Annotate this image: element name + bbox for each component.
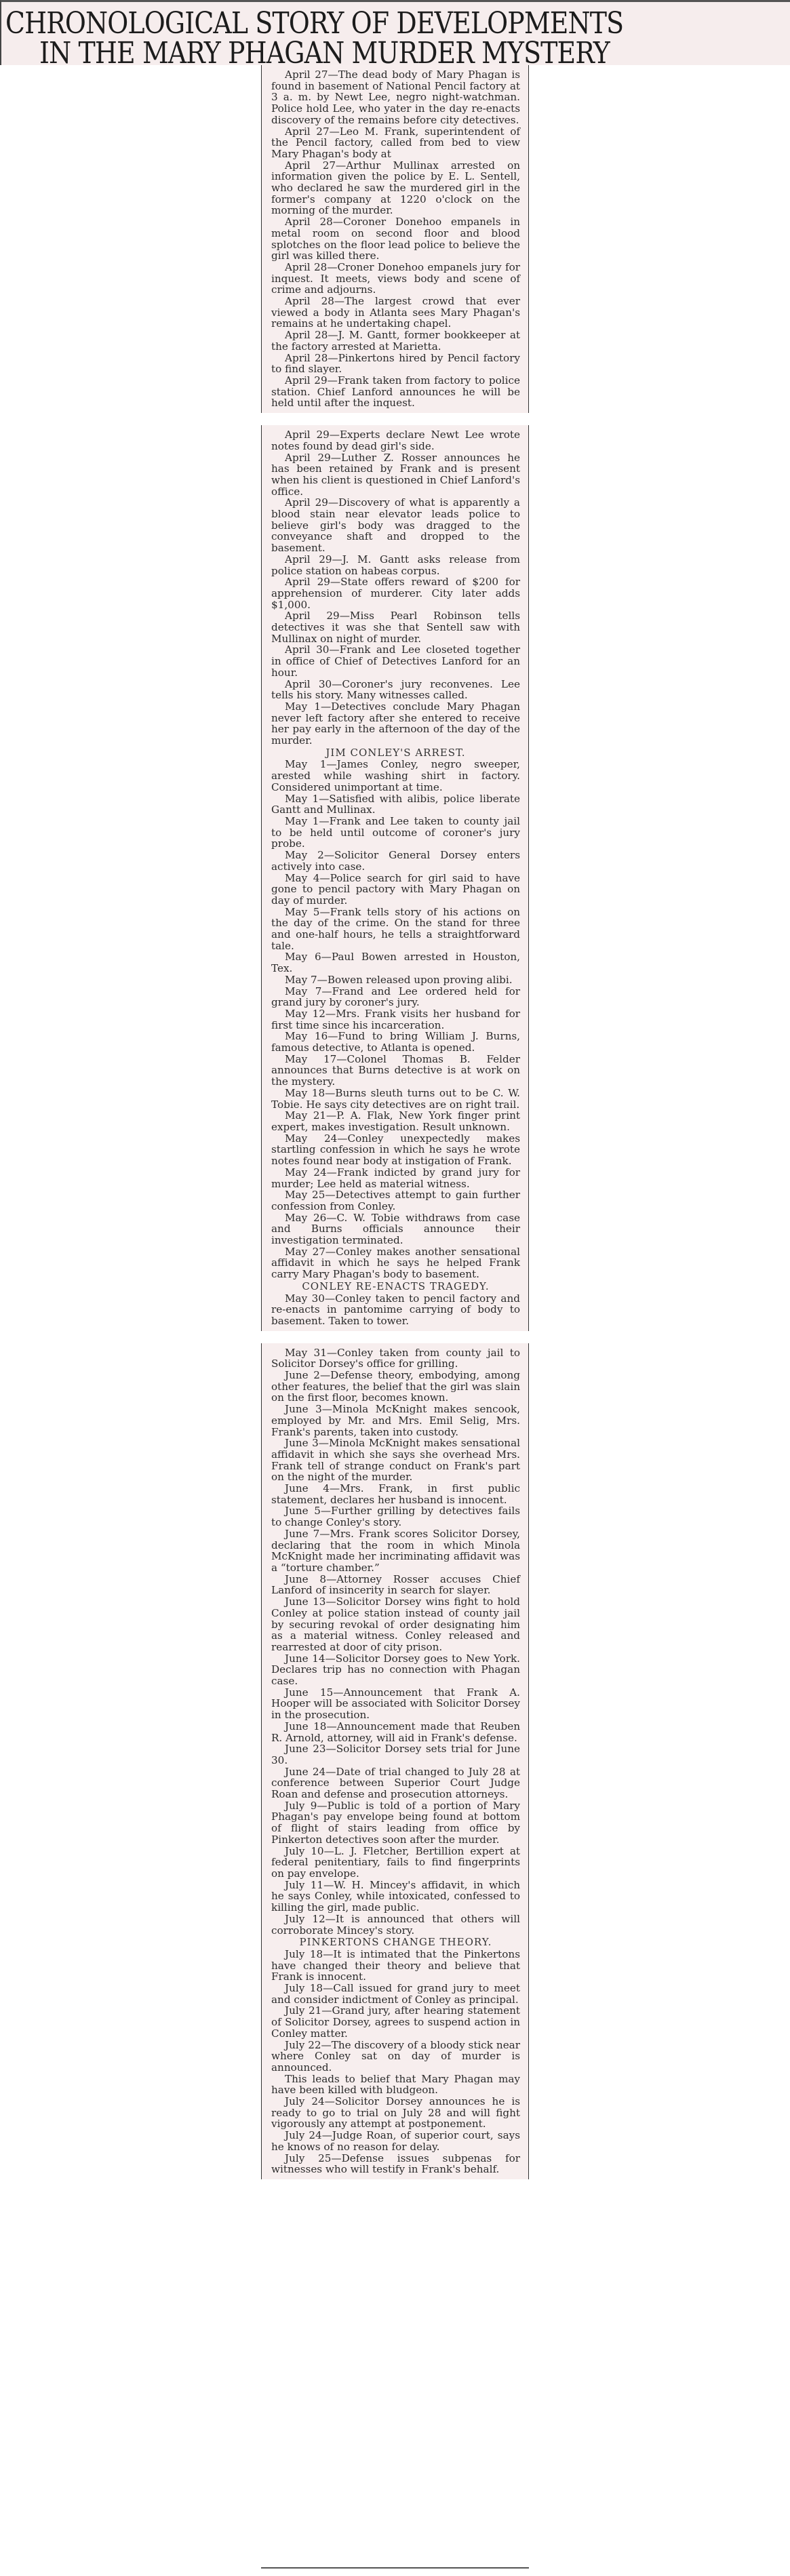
chronology-entry: May 6—Paul Bowen arrested in Houston, Te… [271, 951, 520, 974]
chronology-entry: April 28—Croner Donehoo empanels jury fo… [271, 262, 520, 296]
chronology-entry: July 11—W. H. Mincey's affidavit, in whi… [271, 1880, 520, 1914]
chronology-entry: April 28—Coroner Donehoo empanels in met… [271, 216, 520, 262]
chronology-entry: May 27—Conley makes another sensational … [271, 1246, 520, 1280]
chronology-entry: This leads to belief that Mary Phagan ma… [271, 2074, 520, 2096]
chronology-entry: July 21—Grand jury, after hearing statem… [271, 2005, 520, 2039]
chronology-entry: May 18—Burns sleuth turns out to be C. W… [271, 1088, 520, 1110]
chronology-entry: April 29—Miss Pearl Robinson tells detec… [271, 610, 520, 644]
chronology-entry: June 13—Solicitor Dorsey wins fight to h… [271, 1596, 520, 1653]
chronology-entry: July 10—L. J. Fletcher, Bertillion exper… [271, 1846, 520, 1880]
chronology-entry: April 30—Coroner's jury reconvenes. Lee … [271, 679, 520, 701]
chronology-entry: June 4—Mrs. Frank, in first public state… [271, 1483, 520, 1505]
chronology-entry: June 5—Further grilling by detectives fa… [271, 1505, 520, 1528]
chronology-entry: June 8—Attorney Rosser accuses Chief Lan… [271, 1574, 520, 1596]
chronology-entry: April 29—State offers reward of $200 for… [271, 576, 520, 610]
chronology-entry: April 29—Luther Z. Rosser announces he h… [271, 452, 520, 498]
chronology-entry: June 14—Solicitor Dorsey goes to New Yor… [271, 1653, 520, 1687]
chronology-entry: May 24—Conley unexpectedly makes startli… [271, 1133, 520, 1167]
chronology-entry: June 2—Defense theory, embodying, among … [271, 1370, 520, 1404]
chronology-entry: April 27—The dead body of Mary Phagan is… [271, 69, 520, 126]
chronology-entry: May 12—Mrs. Frank visits her husband for… [271, 1008, 520, 1031]
clipping-strip: April 27—The dead body of Mary Phagan is… [261, 65, 529, 413]
chronology-entry: June 24—Date of trial changed to July 28… [271, 1766, 520, 1800]
bottom-rule [261, 2567, 529, 2569]
chronology-entry: May 21—P. A. Flak, New York finger print… [271, 1110, 520, 1132]
chronology-entry: April 29—Frank taken from factory to pol… [271, 375, 520, 409]
chronology-column: April 27—The dead body of Mary Phagan is… [261, 65, 529, 2179]
chronology-entry: May 26—C. W. Tobie withdraws from case a… [271, 1212, 520, 1246]
chronology-entry: May 1—Satisfied with alibis, police libe… [271, 793, 520, 816]
chronology-entry: July 18—It is intimated that the Pinkert… [271, 1949, 520, 1983]
chronology-entry: May 7—Bowen released upon proving alibi. [271, 974, 520, 986]
clipping-strip: April 29—Experts declare Newt Lee wrote … [261, 425, 529, 1331]
chronology-entry: July 18—Call issued for grand jury to me… [271, 1983, 520, 2005]
section-subhead: CONLEY RE-ENACTS TRAGEDY. [271, 1281, 520, 1292]
chronology-entry: May 5—Frank tells story of his actions o… [271, 907, 520, 952]
chronology-entry: July 22—The discovery of a bloody stick … [271, 2040, 520, 2074]
chronology-entry: June 3—Minola McKnight makes sencook, em… [271, 1404, 520, 1438]
chronology-entry: June 18—Announcement made that Reuben R.… [271, 1721, 520, 1743]
chronology-entry: May 16—Fund to bring William J. Burns, f… [271, 1031, 520, 1053]
chronology-entry: April 28—Pinkertons hired by Pencil fact… [271, 353, 520, 375]
chronology-entry: May 25—Detectives attempt to gain furthe… [271, 1189, 520, 1212]
chronology-entry: May 17—Colonel Thomas B. Felder announce… [271, 1054, 520, 1088]
chronology-entry: April 29—Experts declare Newt Lee wrote … [271, 429, 520, 452]
chronology-entry: April 30—Frank and Lee closeted together… [271, 644, 520, 678]
chronology-entry: May 1—James Conley, negro sweeper, arest… [271, 759, 520, 793]
chronology-entry: April 28—The largest crowd that ever vie… [271, 296, 520, 330]
chronology-entry: May 31—Conley taken from county jail to … [271, 1347, 520, 1370]
chronology-entry: July 9—Public is told of a portion of Ma… [271, 1800, 520, 1846]
section-subhead: PINKERTONS CHANGE THEORY. [271, 1937, 520, 1948]
chronology-entry: May 1—Detectives conclude Mary Phagan ne… [271, 701, 520, 747]
chronology-entry: July 25—Defense issues subpenas for witn… [271, 2153, 520, 2175]
chronology-entry: April 27—Leo M. Frank, superintendent of… [271, 126, 520, 160]
chronology-entry: June 23—Solicitor Dorsey sets trial for … [271, 1743, 520, 1766]
chronology-entry: May 24—Frank indicted by grand jury for … [271, 1167, 520, 1189]
chronology-entry: July 12—It is announced that others will… [271, 1914, 520, 1936]
chronology-entry: May 2—Solicitor General Dorsey enters ac… [271, 850, 520, 872]
section-subhead: JIM CONLEY'S ARREST. [271, 747, 520, 759]
chronology-entry: May 30—Conley taken to pencil factory an… [271, 1293, 520, 1327]
chronology-entry: April 28—J. M. Gantt, former bookkeeper … [271, 330, 520, 352]
chronology-entry: May 4—Police search for girl said to hav… [271, 873, 520, 907]
chronology-entry: May 1—Frank and Lee taken to county jail… [271, 816, 520, 850]
chronology-entry: April 27—Arthur Mullinax arrested on inf… [271, 160, 520, 217]
chronology-entry: June 15—Announcement that Frank A. Hoope… [271, 1687, 520, 1721]
chronology-entry: July 24—Solicitor Dorsey announces he is… [271, 2096, 520, 2130]
chronology-entry: May 7—Frand and Lee ordered held for gra… [271, 986, 520, 1008]
headline: CHRONOLOGICAL STORY OF DEVELOPMENTS IN T… [0, 0, 790, 65]
chronology-entry: April 29—Discovery of what is apparently… [271, 497, 520, 554]
clipping-strip: May 31—Conley taken from county jail to … [261, 1343, 529, 2179]
chronology-entry: June 3—Minola McKnight makes sensational… [271, 1438, 520, 1483]
chronology-entry: June 7—Mrs. Frank scores Solicitor Dorse… [271, 1528, 520, 1574]
chronology-entry: July 24—Judge Roan, of superior court, s… [271, 2130, 520, 2152]
chronology-entry: April 29—J. M. Gantt asks release from p… [271, 554, 520, 576]
